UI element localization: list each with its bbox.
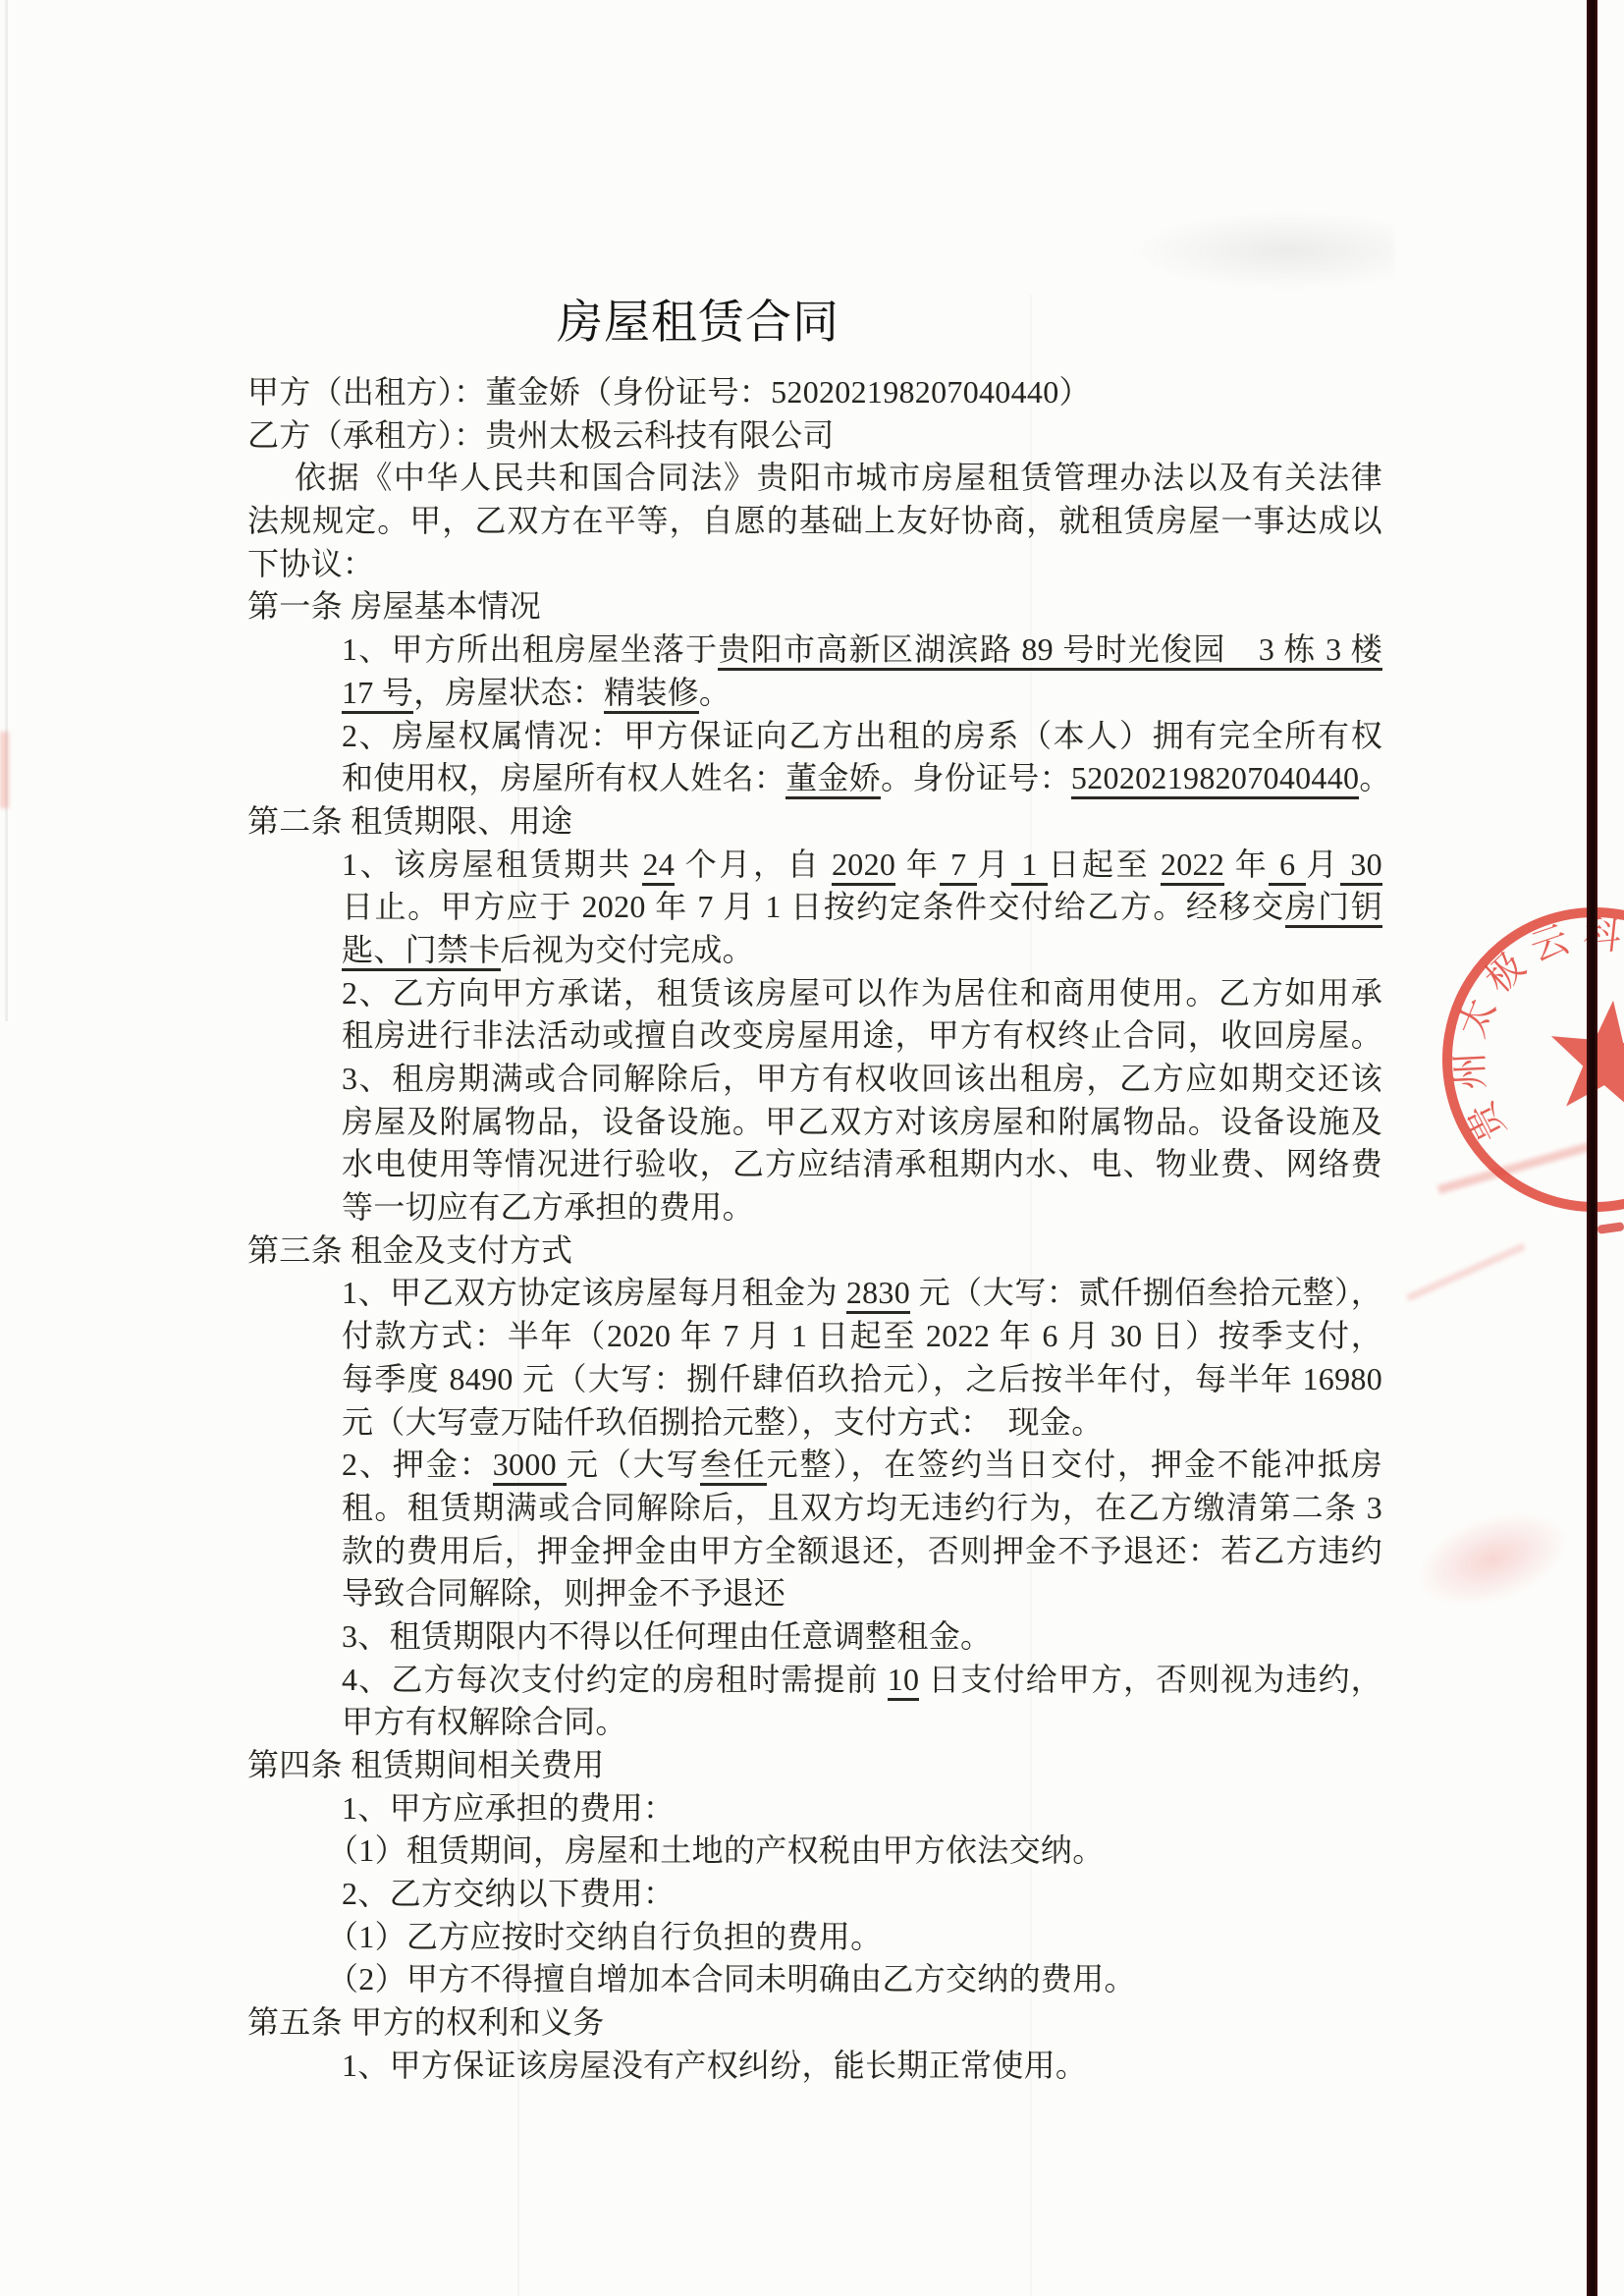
text-segment: 第四条 租赁期间相关费用 xyxy=(247,1747,605,1782)
underlined-text-segment: 3000 xyxy=(493,1447,567,1486)
doc-line: 付款方式：半年（2020 年 7 月 1 日起至 2022 年 6 月 30 日… xyxy=(247,1315,1382,1358)
doc-line: 法规规定。甲，乙双方在平等，自愿的基础上友好协商，就租赁房屋一事达成以 xyxy=(247,500,1382,543)
underlined-text-segment: 2830 xyxy=(846,1275,910,1314)
doc-line: 租。租赁期满或合同解除后，且双方均无违约行为，在乙方缴清第二条 3 xyxy=(247,1487,1382,1530)
doc-line: 日止。甲方应于 2020 年 7 月 1 日按约定条件交付给乙方。经移交房门钥 xyxy=(247,886,1382,929)
page-left-edge-shadow xyxy=(5,0,8,1021)
doc-line: 第五条 甲方的权利和义务 xyxy=(247,2001,1382,2045)
underlined-text-segment: 30 xyxy=(1340,847,1382,886)
text-segment: 年 xyxy=(895,847,940,882)
red-ink-smudge xyxy=(1405,1495,1580,1622)
text-segment: 。 xyxy=(699,675,731,710)
text-segment: （1）乙方应按时交纳自行负担的费用。 xyxy=(327,1919,882,1954)
text-segment: 水电使用等情况进行验收，乙方应结清承租期内水、电、物业费、网络费 xyxy=(342,1146,1382,1181)
doc-line: 1、甲乙双方协定该房屋每月租金为 2830 元（大写：贰仟捌佰叁拾元整）， xyxy=(247,1272,1382,1315)
red-ink-smear xyxy=(0,732,9,808)
text-segment: 2、乙方交纳以下费用： xyxy=(342,1876,675,1911)
text-segment: 元（大写：贰仟捌佰叁拾元整）， xyxy=(910,1275,1382,1310)
faint-smudge xyxy=(1129,211,1394,290)
text-segment: 2、乙方向甲方承诺，租赁该房屋可以作为居住和商用使用。乙方如用承 xyxy=(342,975,1382,1011)
doc-line: （2）甲方不得擅自增加本合同未明确由乙方交纳的费用。 xyxy=(247,1958,1382,2001)
text-segment: 乙方（承租方）：贵州太极云科技有限公司 xyxy=(247,417,835,453)
text-segment: 甲方（出租方）：董金娇（身份证号：520202198207040440） xyxy=(247,374,1091,410)
underlined-text-segment: 6 xyxy=(1269,847,1306,886)
text-segment: 日起至 xyxy=(1048,847,1161,882)
text-segment: 每季度 8490 元（大写：捌仟肆佰玖拾元），之后按半年付，每半年 16980 xyxy=(342,1361,1382,1396)
doc-line: 匙、门禁卡后视为交付完成。 xyxy=(247,929,1382,972)
doc-line: 甲方（出租方）：董金娇（身份证号：520202198207040440） xyxy=(247,371,1382,414)
text-segment: 月 xyxy=(1306,847,1340,882)
doc-line: 水电使用等情况进行验收，乙方应结清承租期内水、电、物业费、网络费 xyxy=(247,1143,1382,1186)
text-segment: 款的费用后，押金押金由甲方全额退还，否则押金不予退还：若乙方违约 xyxy=(342,1533,1382,1568)
text-segment: 等一切应有乙方承担的费用。 xyxy=(342,1189,754,1225)
underlined-text-segment: 520202198207040440 xyxy=(1071,760,1359,799)
text-segment: 4、乙方每次支付约定的房租时需提前 xyxy=(342,1662,888,1697)
scan-edge-band xyxy=(1587,0,1597,2296)
underlined-text-segment: 精装修 xyxy=(604,675,699,714)
text-segment: 法规规定。甲，乙双方在平等，自愿的基础上友好协商，就租赁房屋一事达成以 xyxy=(247,503,1382,538)
doc-line: 1、甲方所出租房屋坐落于贵阳市高新区湖滨路 89 号时光俊园 3 栋 3 楼 xyxy=(247,629,1382,672)
text-segment: 元整），在签约当日交付，押金不能冲抵房 xyxy=(767,1447,1382,1482)
underlined-text-segment: 匙、门禁卡 xyxy=(342,932,501,971)
text-segment: 第一条 房屋基本情况 xyxy=(247,588,541,624)
doc-line: 导致合同解除，则押金不予退还 xyxy=(247,1572,1382,1615)
underlined-text-segment: 24 xyxy=(642,847,675,886)
text-segment: 后视为交付完成。 xyxy=(501,932,754,967)
underlined-text-segment: 2022 xyxy=(1161,847,1224,886)
text-segment: 个月，自 xyxy=(675,847,832,882)
text-segment: （2）甲方不得擅自增加本合同未明确由乙方交纳的费用。 xyxy=(327,1961,1136,1996)
doc-line: 乙方（承租方）：贵州太极云科技有限公司 xyxy=(247,414,1382,458)
doc-line: 2、乙方交纳以下费用： xyxy=(247,1873,1382,1916)
doc-line: 甲方有权解除合同。 xyxy=(247,1701,1382,1744)
doc-line: 第一条 房屋基本情况 xyxy=(247,585,1382,629)
text-segment: 1、甲方所出租房屋坐落于 xyxy=(342,631,718,667)
doc-line: （1）租赁期间，房屋和土地的产权税由甲方依法交纳。 xyxy=(247,1830,1382,1873)
text-segment: 第五条 甲方的权利和义务 xyxy=(247,2004,605,2040)
text-segment: 依据《中华人民共和国合同法》贵阳市城市房屋租赁管理办法以及有关法律 xyxy=(295,460,1382,495)
text-segment: 租。租赁期满或合同解除后，且双方均无违约行为，在乙方缴清第二条 3 xyxy=(342,1490,1382,1525)
doc-line: 1、甲方保证该房屋没有产权纠纷，能长期正常使用。 xyxy=(247,2045,1382,2088)
doc-line: 1、该房屋租赁期共 24 个月，自 2020 年 7 月 1 日起至 2022 … xyxy=(247,844,1382,887)
underlined-text-segment: 1 xyxy=(1011,847,1049,886)
doc-line: 下协议： xyxy=(247,543,1382,586)
doc-line: 3、租房期满或合同解除后，甲方有权收回该出租房，乙方应如期交还该 xyxy=(247,1058,1382,1101)
doc-line: 4、乙方每次支付约定的房租时需提前 10 日支付给甲方，否则视为违约， xyxy=(247,1659,1382,1702)
doc-line: 2、房屋权属情况：甲方保证向乙方出租的房系（本人）拥有完全所有权 xyxy=(247,715,1382,758)
underlined-text-segment: 董金娇 xyxy=(785,760,881,799)
doc-line: 款的费用后，押金押金由甲方全额退还，否则押金不予退还：若乙方违约 xyxy=(247,1530,1382,1573)
doc-line: 租房进行非法活动或擅自改变房屋用途，甲方有权终止合同，收回房屋。 xyxy=(247,1014,1382,1058)
text-segment: 月 xyxy=(977,847,1011,882)
text-segment: 元（大写 xyxy=(567,1447,700,1482)
text-segment: 年 xyxy=(1224,847,1269,882)
doc-line: 第三条 租金及支付方式 xyxy=(247,1230,1382,1273)
doc-line: 房屋及附属物品，设备设施。甲乙双方对该房屋和附属物品。设备设施及 xyxy=(247,1101,1382,1144)
doc-line: 17 号，房屋状态：精装修。 xyxy=(247,672,1382,715)
text-segment: 1、该房屋租赁期共 xyxy=(342,847,642,882)
underlined-text-segment: 房门钥 xyxy=(1285,889,1382,928)
text-segment: 租房进行非法活动或擅自改变房屋用途，甲方有权终止合同，收回房屋。 xyxy=(342,1017,1382,1053)
text-segment: 和使用权，房屋所有权人姓名： xyxy=(342,760,785,795)
doc-line: （1）乙方应按时交纳自行负担的费用。 xyxy=(247,1916,1382,1959)
underlined-text-segment: 7 xyxy=(940,847,977,886)
text-segment: 1、甲方保证该房屋没有产权纠纷，能长期正常使用。 xyxy=(342,2048,1087,2083)
doc-line: 依据《中华人民共和国合同法》贵阳市城市房屋租赁管理办法以及有关法律 xyxy=(247,457,1382,500)
doc-line: 第二条 租赁期限、用途 xyxy=(247,800,1382,844)
text-segment: （1）租赁期间，房屋和土地的产权税由甲方依法交纳。 xyxy=(327,1832,1105,1868)
text-segment: 日支付给甲方，否则视为违约， xyxy=(919,1662,1382,1697)
underlined-text-segment: 17 号 xyxy=(342,675,413,714)
text-segment: 1、甲方应承担的费用： xyxy=(342,1790,675,1826)
doc-line: 等一切应有乙方承担的费用。 xyxy=(247,1186,1382,1230)
text-segment: ，房屋状态： xyxy=(413,675,604,710)
doc-line: 2、押金：3000 元（大写叁任元整），在签约当日交付，押金不能冲抵房 xyxy=(247,1444,1382,1487)
document-lines: 甲方（出租方）：董金娇（身份证号：520202198207040440）乙方（承… xyxy=(247,371,1382,2088)
text-segment: 房屋及附属物品，设备设施。甲乙双方对该房屋和附属物品。设备设施及 xyxy=(342,1104,1382,1139)
text-segment: 第三条 租金及支付方式 xyxy=(247,1232,572,1268)
doc-line: 每季度 8490 元（大写：捌仟肆佰玖拾元），之后按半年付，每半年 16980 xyxy=(247,1358,1382,1401)
text-segment: 第二条 租赁期限、用途 xyxy=(247,803,572,839)
doc-line: 1、甲方应承担的费用： xyxy=(247,1787,1382,1831)
text-segment: 付款方式：半年（2020 年 7 月 1 日起至 2022 年 6 月 30 日… xyxy=(342,1318,1382,1353)
text-segment: 3、租房期满或合同解除后，甲方有权收回该出租房，乙方应如期交还该 xyxy=(342,1061,1382,1096)
text-segment: 元（大写壹万陆仟玖佰捌拾元整），支付方式： 现金。 xyxy=(342,1404,1104,1440)
text-segment: 2、押金： xyxy=(342,1447,493,1482)
doc-line: 2、乙方向甲方承诺，租赁该房屋可以作为居住和商用使用。乙方如用承 xyxy=(247,972,1382,1015)
underlined-text-segment: 10 xyxy=(888,1662,920,1701)
text-segment: 。身份证号： xyxy=(881,760,1071,795)
doc-line: 元（大写壹万陆仟玖佰捌拾元整），支付方式： 现金。 xyxy=(247,1401,1382,1445)
text-segment: 日止。甲方应于 2020 年 7 月 1 日按约定条件交付给乙方。经移交 xyxy=(342,889,1285,924)
doc-line: 3、租赁期限内不得以任何理由任意调整租金。 xyxy=(247,1615,1382,1659)
doc-line: 和使用权，房屋所有权人姓名：董金娇。身份证号：52020219820704044… xyxy=(247,757,1382,800)
scanned-contract-page: 房屋租赁合同 甲方（出租方）：董金娇（身份证号：5202021982070404… xyxy=(0,0,1624,2296)
document-title: 房屋租赁合同 xyxy=(557,286,839,352)
text-segment: 导致合同解除，则押金不予退还 xyxy=(342,1575,785,1611)
doc-line: 第四条 租赁期间相关费用 xyxy=(247,1744,1382,1787)
seal-star-icon xyxy=(1544,995,1624,1117)
text-segment: 3、租赁期限内不得以任何理由任意调整租金。 xyxy=(342,1618,992,1654)
text-segment: 甲方有权解除合同。 xyxy=(342,1704,627,1739)
text-segment: 2、房屋权属情况：甲方保证向乙方出租的房系（本人）拥有完全所有权 xyxy=(342,718,1382,753)
text-segment: 下协议： xyxy=(247,546,374,581)
underlined-text-segment: 叁任 xyxy=(700,1447,767,1486)
underlined-text-segment: 贵阳市高新区湖滨路 89 号时光俊园 3 栋 3 楼 xyxy=(718,631,1382,671)
text-segment: 1、甲乙双方协定该房屋每月租金为 xyxy=(342,1275,846,1310)
underlined-text-segment: 2020 xyxy=(832,847,895,886)
text-segment: 。 xyxy=(1359,760,1390,795)
